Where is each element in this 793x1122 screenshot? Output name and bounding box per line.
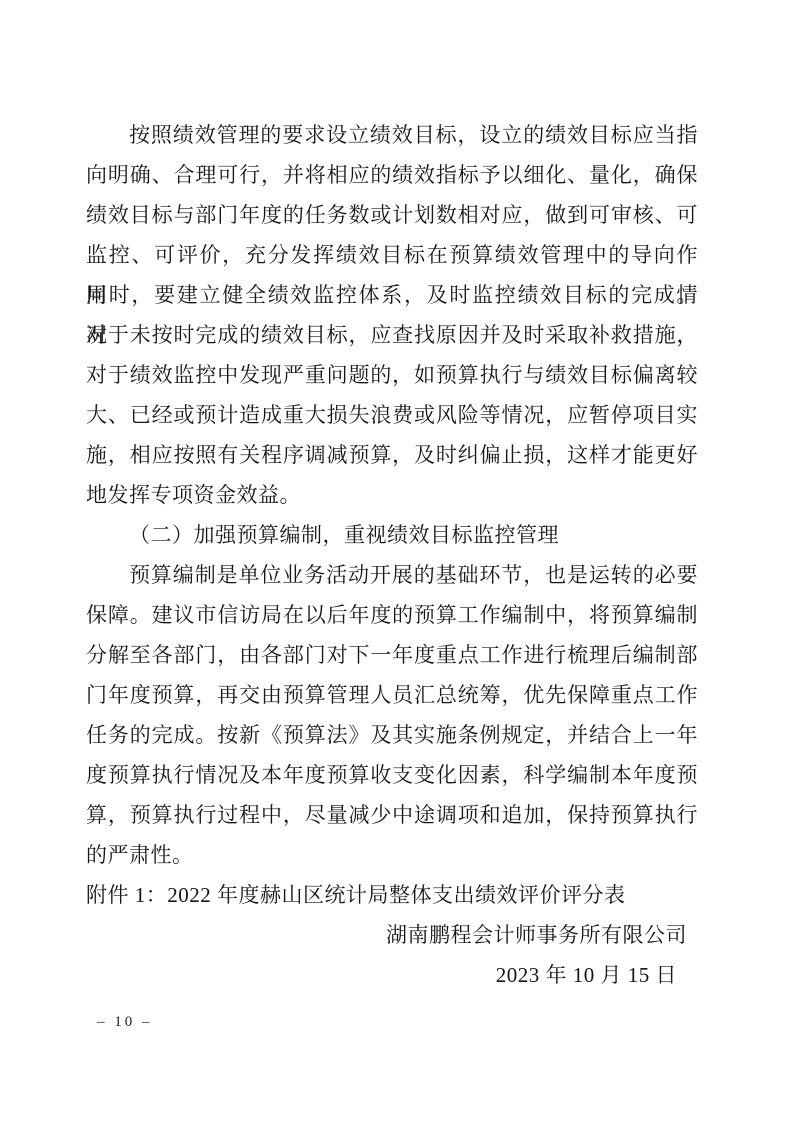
signature-company: 湖南鹏程会计师事务所有限公司 <box>86 915 698 955</box>
body-line: 绩效目标与部门年度的任务数或计划数相对应，做到可审核、可 <box>86 195 698 235</box>
document-body: 按照绩效管理的要求设立绩效目标，设立的绩效目标应当指 向明确、合理可行，并将相应… <box>86 115 698 995</box>
body-line: 预算编制是单位业务活动开展的基础环节，也是运转的必要 <box>86 555 698 595</box>
body-line: 大、已经或预计造成重大损失浪费或风险等情况，应暂停项目实 <box>86 395 698 435</box>
document-page: 按照绩效管理的要求设立绩效目标，设立的绩效目标应当指 向明确、合理可行，并将相应… <box>0 0 793 1122</box>
body-line: 同时，要建立健全绩效监控体系，及时监控绩效目标的完成情况， <box>86 275 698 315</box>
attachment-reference: 附件 1：2022 年度赫山区统计局整体支出绩效评价评分表 <box>86 875 698 915</box>
body-line: 度预算执行情况及本年度预算收支变化因素，科学编制本年度预 <box>86 755 698 795</box>
body-line: 门年度预算，再交由预算管理人员汇总统筹，优先保障重点工作 <box>86 675 698 715</box>
body-line: 的严肃性。 <box>86 835 698 875</box>
body-line: 分解至各部门，由各部门对下一年度重点工作进行梳理后编制部 <box>86 635 698 675</box>
page-number: – 10 – <box>97 1008 153 1036</box>
body-line: 监控、可评价，充分发挥绩效目标在预算绩效管理中的导向作用。 <box>86 235 698 275</box>
body-line: 向明确、合理可行，并将相应的绩效指标予以细化、量化，确保 <box>86 155 698 195</box>
body-line: 施，相应按照有关程序调减预算，及时纠偏止损，这样才能更好 <box>86 435 698 475</box>
body-line: 对于未按时完成的绩效目标，应查找原因并及时采取补救措施， <box>86 315 698 355</box>
body-line: 地发挥专项资金效益。 <box>86 475 698 515</box>
body-line: 对于绩效监控中发现严重问题的，如预算执行与绩效目标偏离较 <box>86 355 698 395</box>
body-line: 保障。建议市信访局在以后年度的预算工作编制中，将预算编制 <box>86 595 698 635</box>
body-line: 按照绩效管理的要求设立绩效目标，设立的绩效目标应当指 <box>86 115 698 155</box>
section-heading: （二）加强预算编制，重视绩效目标监控管理 <box>86 515 698 555</box>
body-line: 任务的完成。按新《预算法》及其实施条例规定，并结合上一年 <box>86 715 698 755</box>
signature-date: 2023 年 10 月 15 日 <box>86 955 698 995</box>
body-line: 算，预算执行过程中，尽量减少中途调项和追加，保持预算执行 <box>86 795 698 835</box>
